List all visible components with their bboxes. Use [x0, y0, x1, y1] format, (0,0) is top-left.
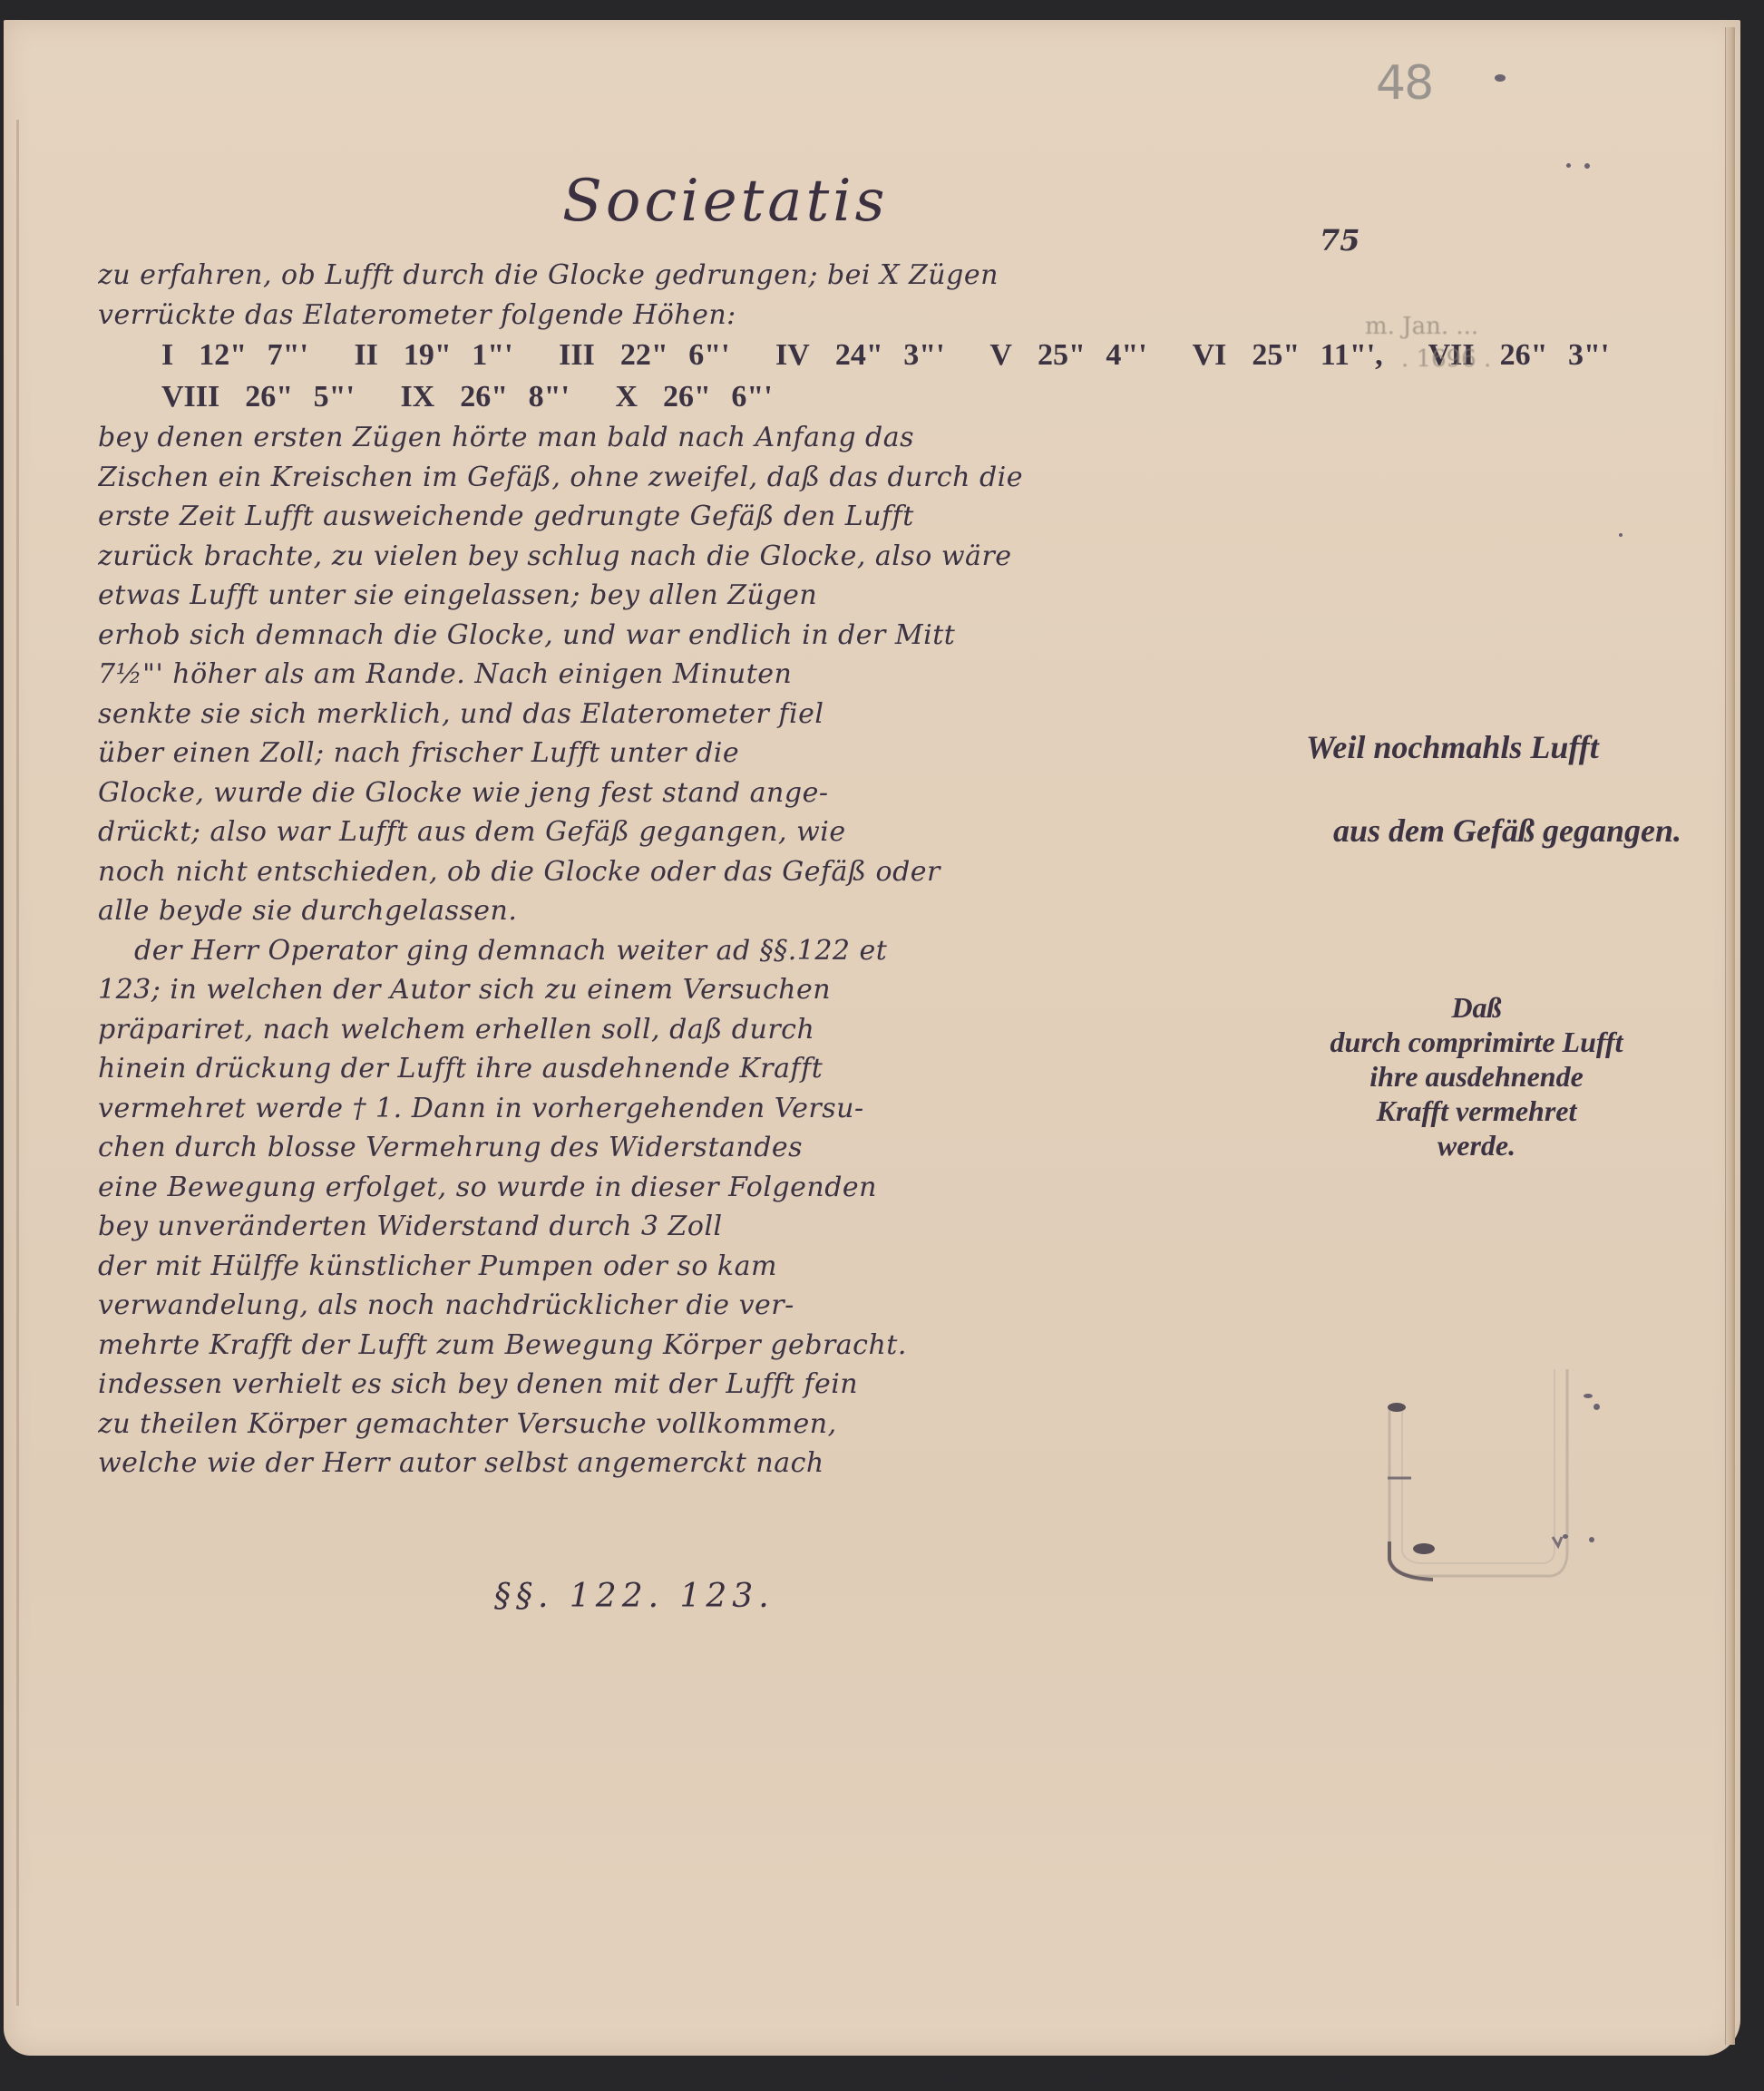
- folio-number: 48: [1376, 56, 1432, 111]
- text-line: mehrte Krafft der Lufft zum Bewegung Kör…: [98, 1326, 1313, 1366]
- text-line: zu erfahren, ob Lufft durch die Glocke g…: [98, 256, 1313, 296]
- main-text-block: zu erfahren, ob Lufft durch die Glocke g…: [98, 256, 1313, 1483]
- page-edge-left: [16, 120, 19, 2006]
- text-line: über einen Zoll; nach frischer Lufft unt…: [98, 734, 1313, 773]
- ink-speck: [1589, 1537, 1594, 1542]
- page-edge-right: [1725, 27, 1735, 2045]
- measurement-label: IV: [775, 338, 810, 372]
- margin-note-compressed-air: Daß durch comprimirte Lufft ihre ausdehn…: [1313, 990, 1640, 1162]
- measurement-value: 25" 4"': [1038, 338, 1147, 372]
- text-line: der mit Hülffe künstlicher Pumpen oder s…: [98, 1247, 1313, 1287]
- text-line: welche wie der Herr autor selbst angemer…: [98, 1444, 1313, 1483]
- text-line: 7½"' höher als am Rande. Nach einigen Mi…: [98, 655, 1313, 695]
- margin-note-line: Weil nochmahls Lufft: [1306, 705, 1681, 789]
- text-line: Zischen ein Kreischen im Gefäß, ohne zwe…: [98, 458, 1313, 498]
- page-bottom-edge: [0, 2037, 1764, 2091]
- ink-speck: [1593, 1404, 1600, 1410]
- ink-speck: [1566, 163, 1571, 168]
- text-line: bey unveränderten Widerstand durch 3 Zol…: [98, 1207, 1313, 1247]
- measurement-value: 12" 7"': [199, 338, 308, 372]
- measurement-value: 22" 6"': [620, 338, 730, 372]
- text-line: erhob sich demnach die Glocke, und war e…: [98, 616, 1313, 656]
- measurement-label: IX: [400, 380, 434, 413]
- text-line: Glocke, wurde die Glocke wie jeng fest s…: [98, 773, 1313, 813]
- ink-speck: [1495, 74, 1506, 82]
- text-line: etwas Lufft unter sie eingelassen; bey a…: [98, 576, 1313, 616]
- margin-note-line: werde.: [1313, 1128, 1640, 1162]
- margin-faint-line: m. Jan. ...: [1365, 310, 1491, 343]
- measurement-label: V: [989, 338, 1012, 372]
- ink-speck: [1563, 1534, 1568, 1539]
- measurement-value: 26" 5"': [245, 380, 355, 413]
- text-line: 123; in welchen der Autor sich zu einem …: [98, 970, 1313, 1010]
- text-line: bey denen ersten Zügen hörte man bald na…: [98, 418, 1313, 458]
- measurement-label: III: [559, 338, 595, 372]
- measurement-value: 24" 3"': [835, 338, 945, 372]
- measurement-value: 25" 11"',: [1252, 338, 1382, 372]
- text-line: präpariret, nach welchem erhellen soll, …: [98, 1010, 1313, 1050]
- u-tube-apparatus-sketch: [1351, 1369, 1587, 1587]
- ink-speck: [1619, 533, 1623, 537]
- text-line: senkte sie sich merklich, und das Elater…: [98, 695, 1313, 734]
- measurement-row-1: I12" 7"' II19" 1"' III22" 6"' IV24" 3"' …: [98, 335, 1313, 376]
- measurement-value: 26" 3"': [1500, 338, 1610, 372]
- margin-note-line: Daß: [1313, 990, 1640, 1025]
- margin-note-line: aus dem Gefäß gegangen.: [1306, 789, 1681, 872]
- text-line: alle beyde sie durchgelassen.: [98, 891, 1313, 931]
- measurement-value: 26" 6"': [663, 380, 773, 413]
- measurement-label: II: [354, 338, 377, 372]
- measurement-label: VI: [1193, 338, 1227, 372]
- text-line: chen durch blosse Vermehrung des Widerst…: [98, 1128, 1313, 1168]
- page-heading: Societatis: [562, 168, 888, 235]
- text-line: zu theilen Körper gemachter Versuche vol…: [98, 1405, 1313, 1444]
- text-line: der Herr Operator ging demnach weiter ad…: [98, 931, 1313, 971]
- margin-note-line: durch comprimirte Lufft: [1313, 1025, 1640, 1059]
- text-line: erste Zeit Lufft ausweichende gedrungte …: [98, 497, 1313, 537]
- text-line: indessen verhielt es sich bey denen mit …: [98, 1365, 1313, 1405]
- text-line: vermehret werde † 1. Dann in vorhergehen…: [98, 1089, 1313, 1129]
- measurement-label: I: [161, 338, 173, 372]
- page-number: 75: [1320, 223, 1360, 258]
- ink-speck: [1584, 1394, 1593, 1398]
- text-line: verrückte das Elaterometer folgende Höhe…: [98, 296, 1313, 336]
- text-line: eine Bewegung erfolget, so wurde in dies…: [98, 1168, 1313, 1208]
- measurement-label: VIII: [161, 380, 219, 413]
- text-line: hinein drückung der Lufft ihre ausdehnen…: [98, 1049, 1313, 1089]
- section-reference: §§. 122. 123.: [494, 1578, 775, 1615]
- margin-faint-line: . 1696 .: [1365, 343, 1491, 375]
- text-line: zurück brachte, zu vielen bey schlug nac…: [98, 537, 1313, 577]
- margin-note-line: Krafft vermehret: [1313, 1094, 1640, 1128]
- measurement-value: 19" 1"': [404, 338, 513, 372]
- ink-speck: [1584, 163, 1590, 169]
- margin-faint-note: m. Jan. ... . 1696 .: [1365, 310, 1491, 375]
- text-line: noch nicht entschieden, ob die Glocke od…: [98, 852, 1313, 892]
- text-line: verwandelung, als noch nachdrücklicher d…: [98, 1286, 1313, 1326]
- measurement-row-2: VIII26" 5"' IX26" 8"' X26" 6"': [98, 376, 1313, 418]
- measurement-value: 26" 8"': [460, 380, 570, 413]
- margin-note-air-escaped: Weil nochmahls Lufft aus dem Gefäß gegan…: [1306, 705, 1681, 872]
- margin-note-line: ihre ausdehnende: [1313, 1059, 1640, 1094]
- text-line: drückt; also war Lufft aus dem Gefäß geg…: [98, 812, 1313, 852]
- measurement-label: X: [615, 380, 638, 413]
